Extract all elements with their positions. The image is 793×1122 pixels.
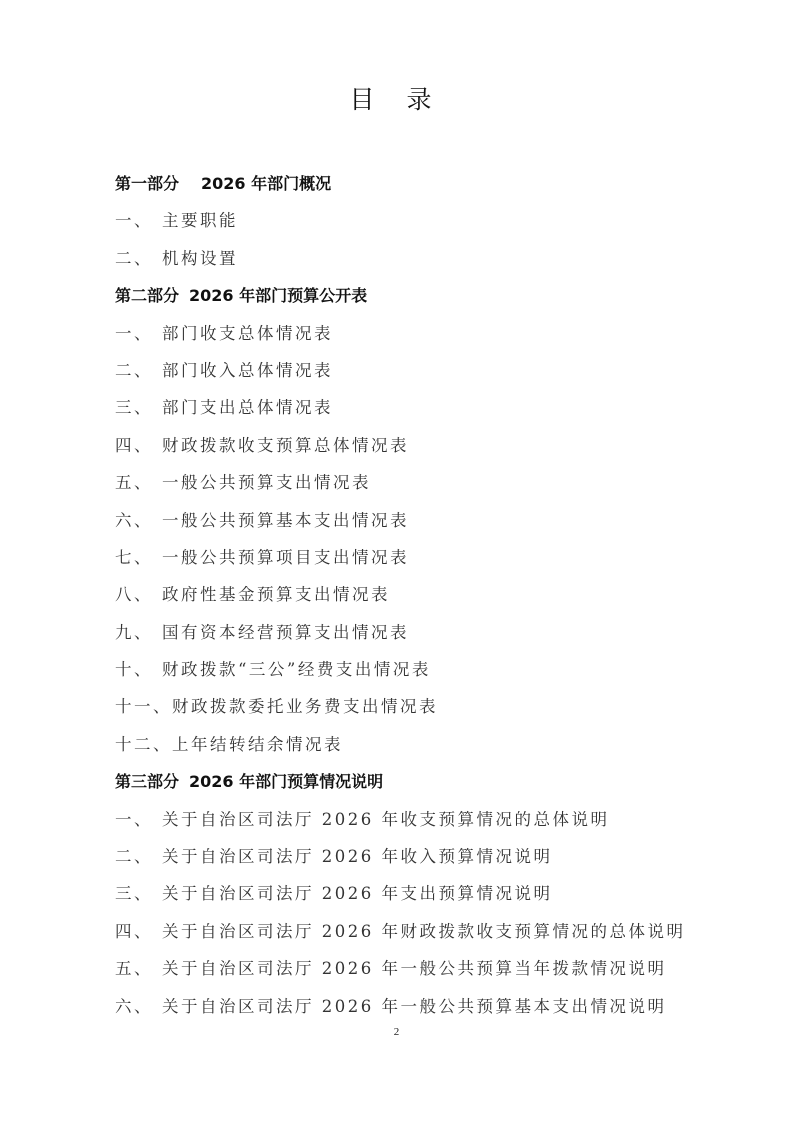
toc-item[interactable]: 十一、财政拨款委托业务费支出情况表	[115, 688, 715, 725]
toc-item[interactable]: 六、一般公共预算基本支出情况表	[115, 502, 715, 539]
item-text: 部门支出总体情况表	[162, 398, 333, 417]
toc-item[interactable]: 一、部门收支总体情况表	[115, 315, 715, 352]
item-text: 关于自治区司法厅 2026 年一般公共预算基本支出情况说明	[162, 997, 666, 1016]
item-text: 上年结转结余情况表	[172, 735, 343, 754]
item-number: 九、	[115, 614, 162, 651]
item-number: 三、	[115, 389, 162, 426]
toc-item[interactable]: 四、财政拨款收支预算总体情况表	[115, 427, 715, 464]
toc-item[interactable]: 三、关于自治区司法厅 2026 年支出预算情况说明	[115, 875, 715, 912]
section-heading: 2026 年部门概况	[201, 174, 331, 193]
toc-item[interactable]: 二、关于自治区司法厅 2026 年收入预算情况说明	[115, 838, 715, 875]
toc-item[interactable]: 五、一般公共预算支出情况表	[115, 464, 715, 501]
item-text: 关于自治区司法厅 2026 年收入预算情况说明	[162, 847, 552, 866]
item-text: 部门收入总体情况表	[162, 361, 333, 380]
item-number: 五、	[115, 464, 162, 501]
item-text: 主要职能	[162, 211, 238, 230]
item-number: 十一、	[115, 688, 172, 725]
item-text: 政府性基金预算支出情况表	[162, 585, 390, 604]
item-number: 一、	[115, 315, 162, 352]
item-text: 关于自治区司法厅 2026 年财政拨款收支预算情况的总体说明	[162, 922, 685, 941]
item-number: 十二、	[115, 726, 172, 763]
toc-item[interactable]: 六、关于自治区司法厅 2026 年一般公共预算基本支出情况说明	[115, 988, 715, 1025]
toc-item[interactable]: 一、主要职能	[115, 202, 715, 239]
toc-item[interactable]: 十、财政拨款“三公”经费支出情况表	[115, 651, 715, 688]
item-number: 五、	[115, 950, 162, 987]
item-number: 三、	[115, 875, 162, 912]
item-number: 四、	[115, 913, 162, 950]
toc-item[interactable]: 七、一般公共预算项目支出情况表	[115, 539, 715, 576]
item-number: 二、	[115, 240, 162, 277]
item-text: 机构设置	[162, 249, 238, 268]
item-number: 二、	[115, 352, 162, 389]
item-text: 关于自治区司法厅 2026 年收支预算情况的总体说明	[162, 810, 609, 829]
toc-item[interactable]: 二、机构设置	[115, 240, 715, 277]
toc-item[interactable]: 四、关于自治区司法厅 2026 年财政拨款收支预算情况的总体说明	[115, 913, 715, 950]
section-label: 第一部分	[115, 165, 179, 202]
section-heading: 2026 年部门预算公开表	[189, 286, 367, 305]
item-number: 一、	[115, 202, 162, 239]
page-title: 目 录	[0, 80, 793, 116]
page-number: 2	[0, 1026, 793, 1038]
item-number: 二、	[115, 838, 162, 875]
toc-item[interactable]: 三、部门支出总体情况表	[115, 389, 715, 426]
item-number: 八、	[115, 576, 162, 613]
item-text: 财政拨款“三公”经费支出情况表	[162, 660, 431, 679]
toc-item[interactable]: 一、关于自治区司法厅 2026 年收支预算情况的总体说明	[115, 801, 715, 838]
toc-section-1[interactable]: 第一部分2026 年部门概况	[115, 165, 715, 202]
item-text: 一般公共预算项目支出情况表	[162, 548, 409, 567]
item-text: 部门收支总体情况表	[162, 324, 333, 343]
table-of-contents: 第一部分2026 年部门概况 一、主要职能 二、机构设置 第二部分2026 年部…	[115, 165, 715, 1025]
toc-item[interactable]: 八、政府性基金预算支出情况表	[115, 576, 715, 613]
item-text: 一般公共预算支出情况表	[162, 473, 371, 492]
toc-item[interactable]: 五、关于自治区司法厅 2026 年一般公共预算当年拨款情况说明	[115, 950, 715, 987]
item-text: 关于自治区司法厅 2026 年一般公共预算当年拨款情况说明	[162, 959, 666, 978]
item-number: 四、	[115, 427, 162, 464]
toc-item[interactable]: 十二、上年结转结余情况表	[115, 726, 715, 763]
item-text: 关于自治区司法厅 2026 年支出预算情况说明	[162, 884, 552, 903]
item-text: 一般公共预算基本支出情况表	[162, 511, 409, 530]
item-number: 六、	[115, 502, 162, 539]
item-text: 国有资本经营预算支出情况表	[162, 623, 409, 642]
toc-section-2[interactable]: 第二部分2026 年部门预算公开表	[115, 277, 715, 314]
item-number: 一、	[115, 801, 162, 838]
item-text: 财政拨款收支预算总体情况表	[162, 436, 409, 455]
toc-item[interactable]: 二、部门收入总体情况表	[115, 352, 715, 389]
section-heading: 2026 年部门预算情况说明	[189, 772, 383, 791]
toc-item[interactable]: 九、国有资本经营预算支出情况表	[115, 614, 715, 651]
section-label: 第二部分	[115, 277, 179, 314]
item-number: 七、	[115, 539, 162, 576]
item-text: 财政拨款委托业务费支出情况表	[172, 697, 438, 716]
item-number: 六、	[115, 988, 162, 1025]
toc-section-3[interactable]: 第三部分2026 年部门预算情况说明	[115, 763, 715, 800]
section-label: 第三部分	[115, 763, 179, 800]
item-number: 十、	[115, 651, 162, 688]
